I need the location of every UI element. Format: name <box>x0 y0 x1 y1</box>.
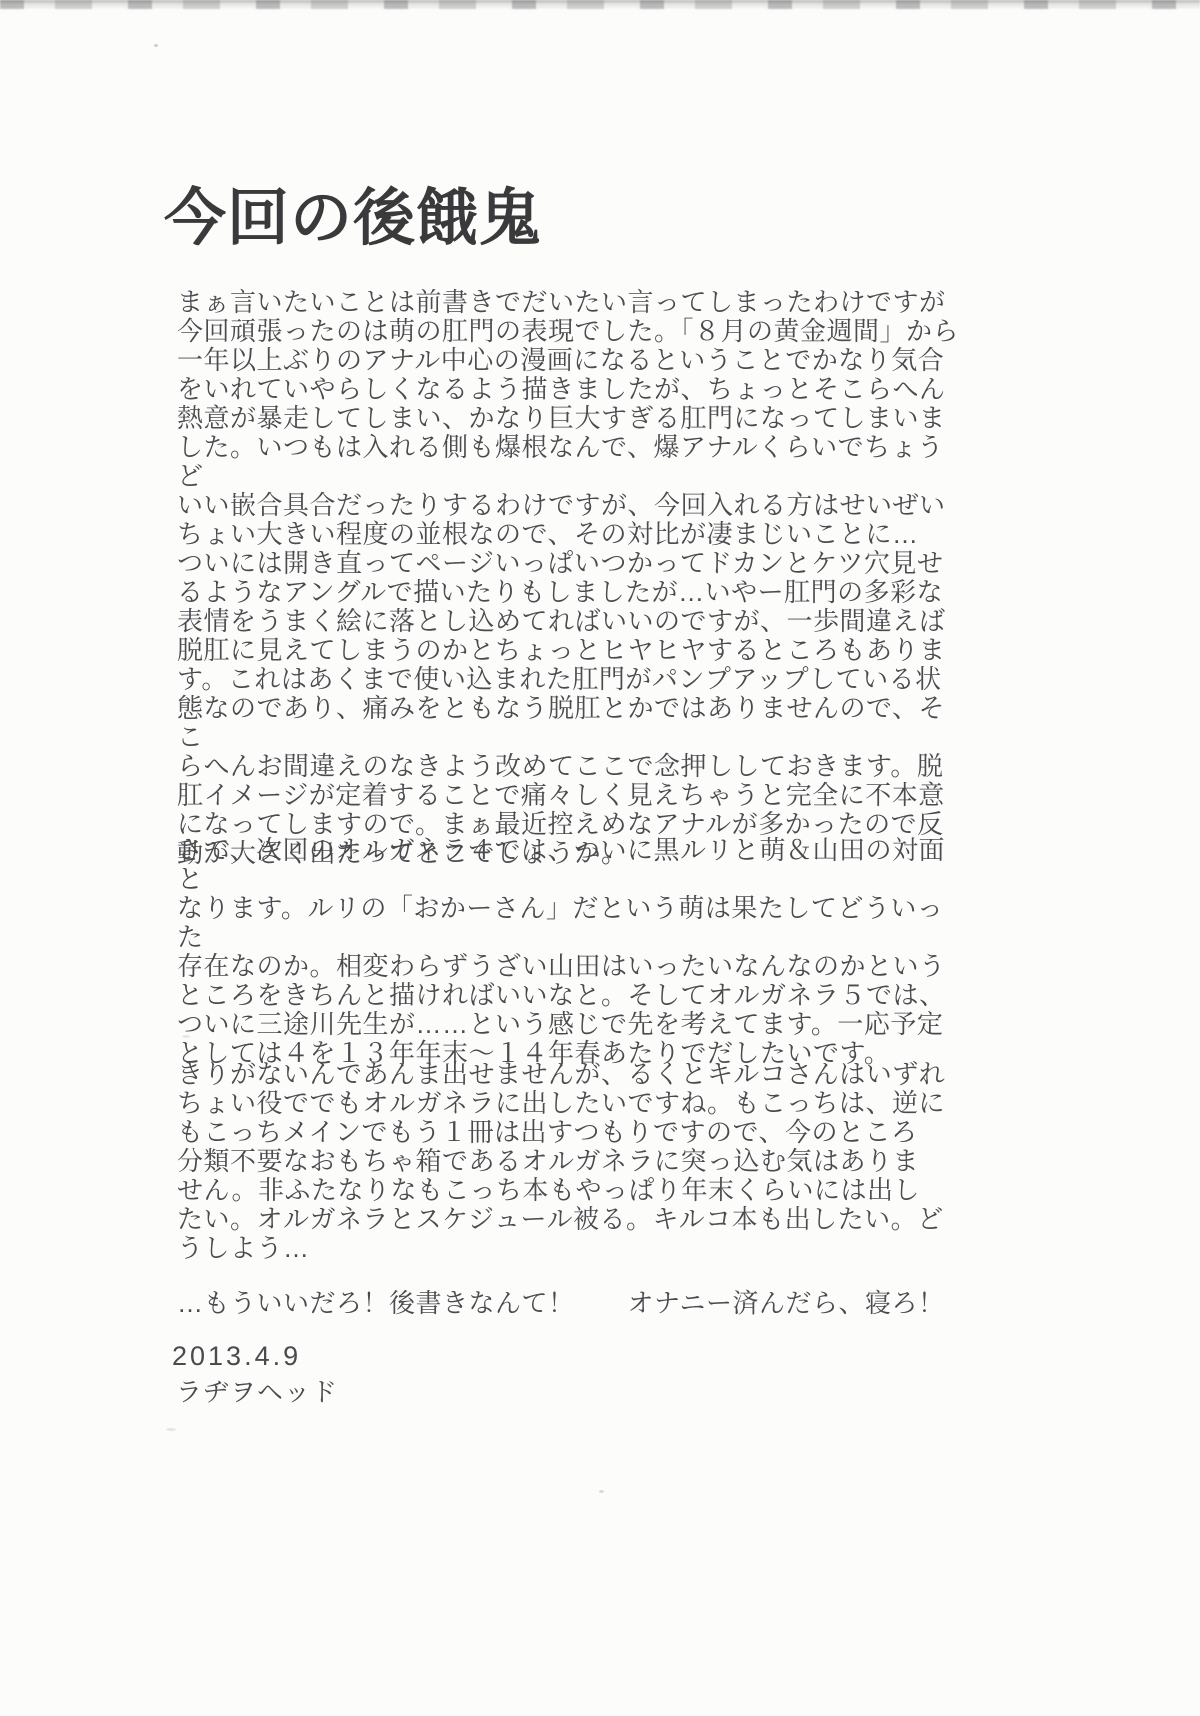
scan-speck <box>154 44 158 47</box>
scan-edge-artifact <box>0 0 1200 9</box>
afterword-paragraph-1: まぁ言いたいことは前書きでだいたい言ってしまったわけですが 今回頑張ったのは萌の… <box>177 288 967 868</box>
afterword-paragraph-3: きりがないんであんま出せませんが、るくとキルコさんはいずれ ちょい役ででもオルガ… <box>177 1060 967 1263</box>
scan-speck <box>166 1428 176 1431</box>
afterword-page: 今回の後餓鬼 まぁ言いたいことは前書きでだいたい言ってしまったわけですが 今回頑… <box>0 0 1200 1716</box>
author-signature: ラヂヲヘッド <box>176 1372 338 1409</box>
publication-date: 2013.4.9 <box>172 1341 301 1372</box>
closing-remark: …もういいだろ！後書きなんて！ オナニー済んだら、寝ろ！ <box>177 1289 944 1318</box>
afterword-paragraph-2: さて、次回のオルガネラ４では、ついに黒ルリと萌＆山田の対面と なります。ルリの「… <box>177 836 967 1068</box>
scan-speck <box>182 1035 190 1038</box>
scan-speck <box>599 1490 604 1493</box>
page-title: 今回の後餓鬼 <box>164 168 542 257</box>
